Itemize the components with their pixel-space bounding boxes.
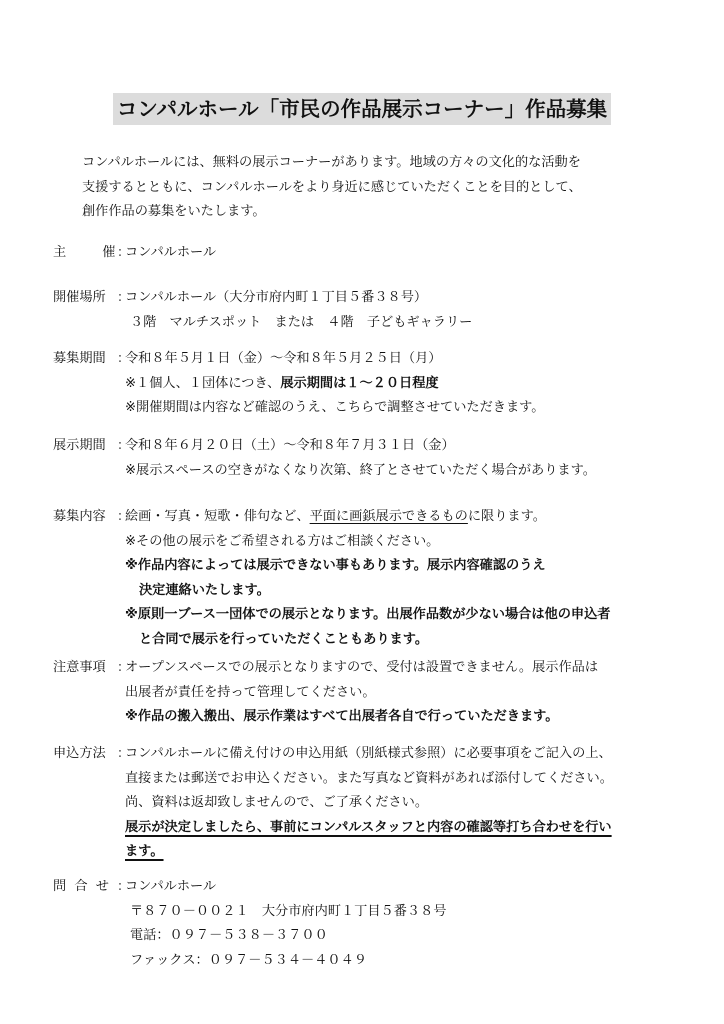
colon: : bbox=[115, 434, 125, 459]
recruit-period-note-1: ※１個人、１団体につき、展示期間は１～２０日程度 bbox=[53, 372, 544, 397]
section-exhibit-period: 展示期間 : 令和８年６月２０日（土）～令和８年７月３１日（金） ※展示スペース… bbox=[53, 434, 596, 483]
content-suffix: に限ります。 bbox=[468, 509, 546, 524]
section-recruit-period: 募集期間 : 令和８年５月１日（金）～令和８年５月２５日（月） ※１個人、１団体… bbox=[53, 347, 544, 421]
intro-line: 創作作品の募集をいたします。 bbox=[82, 200, 582, 225]
recruit-period-note-2: ※開催期間は内容など確認のうえ、こちらで調整させていただきます。 bbox=[53, 396, 544, 421]
note-text: ※１個人、１団体につき、 bbox=[125, 376, 280, 391]
content-types: 絵画・写真・短歌・俳句など、 bbox=[125, 509, 310, 524]
organizer-label-a: 主 bbox=[53, 245, 66, 260]
colon: : bbox=[115, 286, 125, 311]
organizer-label-b: 催 bbox=[102, 245, 115, 260]
notes-label: 注意事項 bbox=[53, 656, 115, 681]
recruit-period-label: 募集期間 bbox=[53, 347, 115, 372]
apply-line-2: 直接または郵送でお申込ください。また写真など資料があれば添付してください。 bbox=[53, 767, 613, 792]
notes-line-1: オープンスペースでの展示となりますので、受付は設置できません。展示作品は bbox=[125, 656, 598, 681]
apply-label: 申込方法 bbox=[53, 742, 115, 767]
exhibit-period-label: 展示期間 bbox=[53, 434, 115, 459]
contact-label: 問 合 せ bbox=[53, 875, 115, 900]
organizer-value: コンパルホール bbox=[125, 241, 216, 266]
intro-line: コンパルホールには、無料の展示コーナーがあります。地域の方々の文化的な活動を bbox=[82, 151, 582, 176]
content-restriction: 平面に画鋲展示できるもの bbox=[310, 509, 468, 524]
apply-important: 展示が決定しましたら、事前にコンパルスタッフと内容の確認等打ち合わせを行い bbox=[125, 820, 612, 835]
title-wrap: コンパルホール「市民の作品展示コーナー」作品募集 bbox=[0, 93, 724, 125]
colon: : bbox=[115, 742, 125, 767]
section-contact: 問 合 せ : コンパルホール 〒８７０－００２１ 大分市府内町１丁目５番３８号… bbox=[53, 875, 447, 973]
content-label: 募集内容 bbox=[53, 505, 115, 530]
contact-fax: ファックス：０９７－５３４－４０４９ bbox=[53, 949, 447, 974]
apply-line-4: 展示が決定しましたら、事前にコンパルスタッフと内容の確認等打ち合わせを行い bbox=[53, 816, 613, 841]
colon: : bbox=[115, 347, 125, 372]
notes-line-3: ※作品の搬入搬出、展示作業はすべて出展者各自で行っていただきます。 bbox=[53, 705, 598, 730]
contact-name: コンパルホール bbox=[125, 875, 216, 900]
page-title: コンパルホール「市民の作品展示コーナー」作品募集 bbox=[113, 93, 611, 125]
exhibit-period-note: ※展示スペースの空きがなくなり次第、終了とさせていただく場合があります。 bbox=[53, 459, 596, 484]
section-content: 募集内容 : 絵画・写真・短歌・俳句など、平面に画鋲展示できるものに限ります。 … bbox=[53, 505, 610, 652]
content-note-2-cont: 決定連絡いたします。 bbox=[53, 579, 610, 604]
exhibit-period-dates: 令和８年６月２０日（土）～令和８年７月３１日（金） bbox=[125, 434, 455, 459]
content-note-2: ※作品内容によっては展示できない事もあります。展示内容確認のうえ bbox=[53, 554, 610, 579]
contact-address: 〒８７０－００２１ 大分市府内町１丁目５番３８号 bbox=[53, 900, 447, 925]
colon: : bbox=[115, 505, 125, 530]
content-line-1: 絵画・写真・短歌・俳句など、平面に画鋲展示できるものに限ります。 bbox=[125, 505, 546, 530]
content-note-3-cont: と合同で展示を行っていただくこともあります。 bbox=[53, 628, 610, 653]
apply-important-cont: ます。 bbox=[125, 844, 164, 859]
content-note-3: ※原則一ブース一団体での展示となります。出展作品数が少ない場合は他の申込者 bbox=[53, 603, 610, 628]
colon: : bbox=[115, 241, 125, 266]
notes-line-2: 出展者が責任を持って管理してください。 bbox=[53, 681, 598, 706]
venue-line: ３階 マルチスポット または ４階 子どもギャラリー bbox=[53, 311, 472, 336]
section-notes: 注意事項 : オープンスペースでの展示となりますので、受付は設置できません。展示… bbox=[53, 656, 598, 730]
apply-line-3: 尚、資料は返却致しませんので、ご了承ください。 bbox=[53, 791, 613, 816]
content-note-1: ※その他の展示をご希望される方はご相談ください。 bbox=[53, 530, 610, 555]
venue-label: 開催場所 bbox=[53, 286, 115, 311]
apply-line-5: ます。 bbox=[53, 840, 613, 865]
intro-line: 支援するとともに、コンパルホールをより身近に感じていただくことを目的として、 bbox=[82, 176, 582, 201]
section-venue: 開催場所 : コンパルホール（大分市府内町１丁目５番３８号） ３階 マルチスポッ… bbox=[53, 286, 472, 335]
section-organizer: 主催 : コンパルホール bbox=[53, 241, 216, 266]
colon: : bbox=[115, 875, 125, 900]
venue-line: コンパルホール（大分市府内町１丁目５番３８号） bbox=[125, 286, 427, 311]
colon: : bbox=[115, 656, 125, 681]
section-apply: 申込方法 : コンパルホールに備え付けの申込用紙（別紙様式参照）に必要事項をご記… bbox=[53, 742, 613, 865]
recruit-period-dates: 令和８年５月１日（金）～令和８年５月２５日（月） bbox=[125, 347, 442, 372]
exhibit-duration: 展示期間は１～２０日程度 bbox=[280, 376, 438, 391]
organizer-label: 主催 bbox=[53, 241, 115, 266]
contact-phone: 電話：０９７－５３８－３７００ bbox=[53, 924, 447, 949]
apply-line-1: コンパルホールに備え付けの申込用紙（別紙様式参照）に必要事項をご記入の上、 bbox=[125, 742, 612, 767]
intro-paragraph: コンパルホールには、無料の展示コーナーがあります。地域の方々の文化的な活動を 支… bbox=[82, 151, 582, 225]
